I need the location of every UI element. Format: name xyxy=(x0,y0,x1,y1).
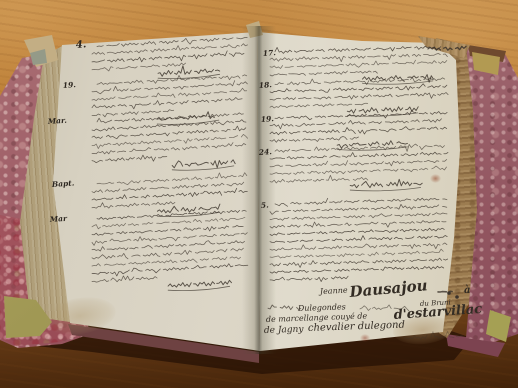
ink-dot xyxy=(455,295,459,299)
handwriting-stroke xyxy=(157,120,219,124)
handwriting-stroke xyxy=(270,228,444,235)
handwriting-stroke xyxy=(157,204,220,213)
handwriting-stroke xyxy=(363,81,433,84)
handwriting-stroke xyxy=(270,127,447,135)
handwriting-stroke xyxy=(404,331,463,339)
handwriting-stroke xyxy=(97,37,247,46)
handwriting-stroke xyxy=(92,51,244,62)
handwriting-stroke xyxy=(97,210,246,219)
handwriting-stroke xyxy=(270,93,448,101)
signature-text: chevalier dulegond xyxy=(308,320,405,334)
handwriting-stroke xyxy=(270,213,447,221)
margin-label: 24. xyxy=(258,147,273,157)
margin-label: 19. xyxy=(261,114,275,124)
handwriting-stroke xyxy=(92,126,246,139)
handwriting-stroke xyxy=(350,179,422,188)
margin-label: 18. xyxy=(259,80,273,90)
handwriting-stroke xyxy=(268,305,301,310)
handwriting-stroke xyxy=(157,212,219,216)
handwriting-stroke xyxy=(275,198,447,206)
handwriting-stroke xyxy=(270,249,443,258)
handwriting-stroke xyxy=(92,217,245,229)
handwriting-layer: 4.19.Mar.Bapt.Mar17.18.19.24.5.JeanneDau… xyxy=(0,0,518,388)
handwriting-stroke xyxy=(270,137,359,143)
handwriting-stroke xyxy=(270,71,377,76)
handwriting-stroke xyxy=(158,66,220,76)
handwriting-stroke xyxy=(92,110,174,117)
handwriting-stroke xyxy=(92,226,243,236)
handwriting-stroke xyxy=(92,248,243,259)
handwriting-stroke xyxy=(270,221,446,229)
handwriting-stroke xyxy=(270,276,348,281)
handwriting-stroke xyxy=(270,103,368,108)
handwriting-stroke xyxy=(92,233,247,246)
handwriting-stroke xyxy=(270,160,447,167)
margin-label: 5. xyxy=(261,200,270,210)
handwriting-stroke xyxy=(270,236,447,243)
handwriting-stroke xyxy=(92,257,241,266)
handwriting-stroke xyxy=(92,88,247,100)
ink-dot xyxy=(447,291,451,295)
signature-text: de Jagny xyxy=(264,325,305,336)
handwriting-stroke xyxy=(92,98,242,109)
signature-text: d'estarvillac xyxy=(393,302,483,323)
photo-open-manuscript-book: 4.19.Mar.Bapt.Mar17.18.19.24.5.JeanneDau… xyxy=(0,0,518,388)
handwriting-stroke xyxy=(270,175,368,183)
handwriting-stroke xyxy=(275,46,441,53)
handwriting-stroke xyxy=(270,152,448,159)
signature-text: Jeanne xyxy=(318,286,348,297)
margin-label: 4. xyxy=(75,39,86,51)
handwriting-stroke xyxy=(275,78,445,85)
handwriting-stroke xyxy=(270,266,444,273)
handwriting-stroke xyxy=(270,84,447,93)
handwriting-stroke xyxy=(270,60,447,68)
handwriting-stroke xyxy=(172,166,234,170)
handwriting-stroke xyxy=(92,120,246,131)
handwriting-stroke xyxy=(92,182,244,193)
handwriting-stroke xyxy=(270,243,447,251)
signature-text: à xyxy=(464,285,470,296)
handwriting-stroke xyxy=(92,81,247,94)
handwriting-stroke xyxy=(92,264,248,276)
handwriting-stroke xyxy=(270,204,447,214)
handwriting-stroke xyxy=(275,111,447,120)
handwriting-stroke xyxy=(92,63,186,71)
handwriting-stroke xyxy=(172,160,235,168)
handwriting-stroke xyxy=(270,54,447,62)
handwriting-stroke xyxy=(158,74,220,78)
handwriting-stroke xyxy=(363,75,434,83)
handwriting-stroke xyxy=(92,202,175,208)
handwriting-stroke xyxy=(350,187,420,190)
signature-text: Dulegondes xyxy=(297,302,346,313)
handwriting-stroke xyxy=(92,188,247,200)
margin-label: Bapt. xyxy=(51,178,75,189)
margin-label: 19. xyxy=(63,80,77,90)
handwriting-stroke xyxy=(97,75,247,85)
handwriting-stroke xyxy=(92,241,245,251)
handwriting-stroke xyxy=(92,155,167,163)
margin-label: 17. xyxy=(263,48,277,58)
handwriting-stroke xyxy=(168,286,230,290)
handwriting-stroke xyxy=(92,276,157,282)
handwriting-stroke xyxy=(168,280,231,287)
margin-label: Mar xyxy=(49,214,69,224)
handwriting-stroke xyxy=(270,258,448,267)
margin-label: Mar. xyxy=(47,116,68,126)
signature-text: Dausajou xyxy=(348,276,428,301)
handwriting-stroke xyxy=(97,173,247,185)
handwriting-stroke xyxy=(270,166,447,174)
handwriting-stroke xyxy=(428,46,466,50)
handwriting-stroke xyxy=(270,119,442,129)
